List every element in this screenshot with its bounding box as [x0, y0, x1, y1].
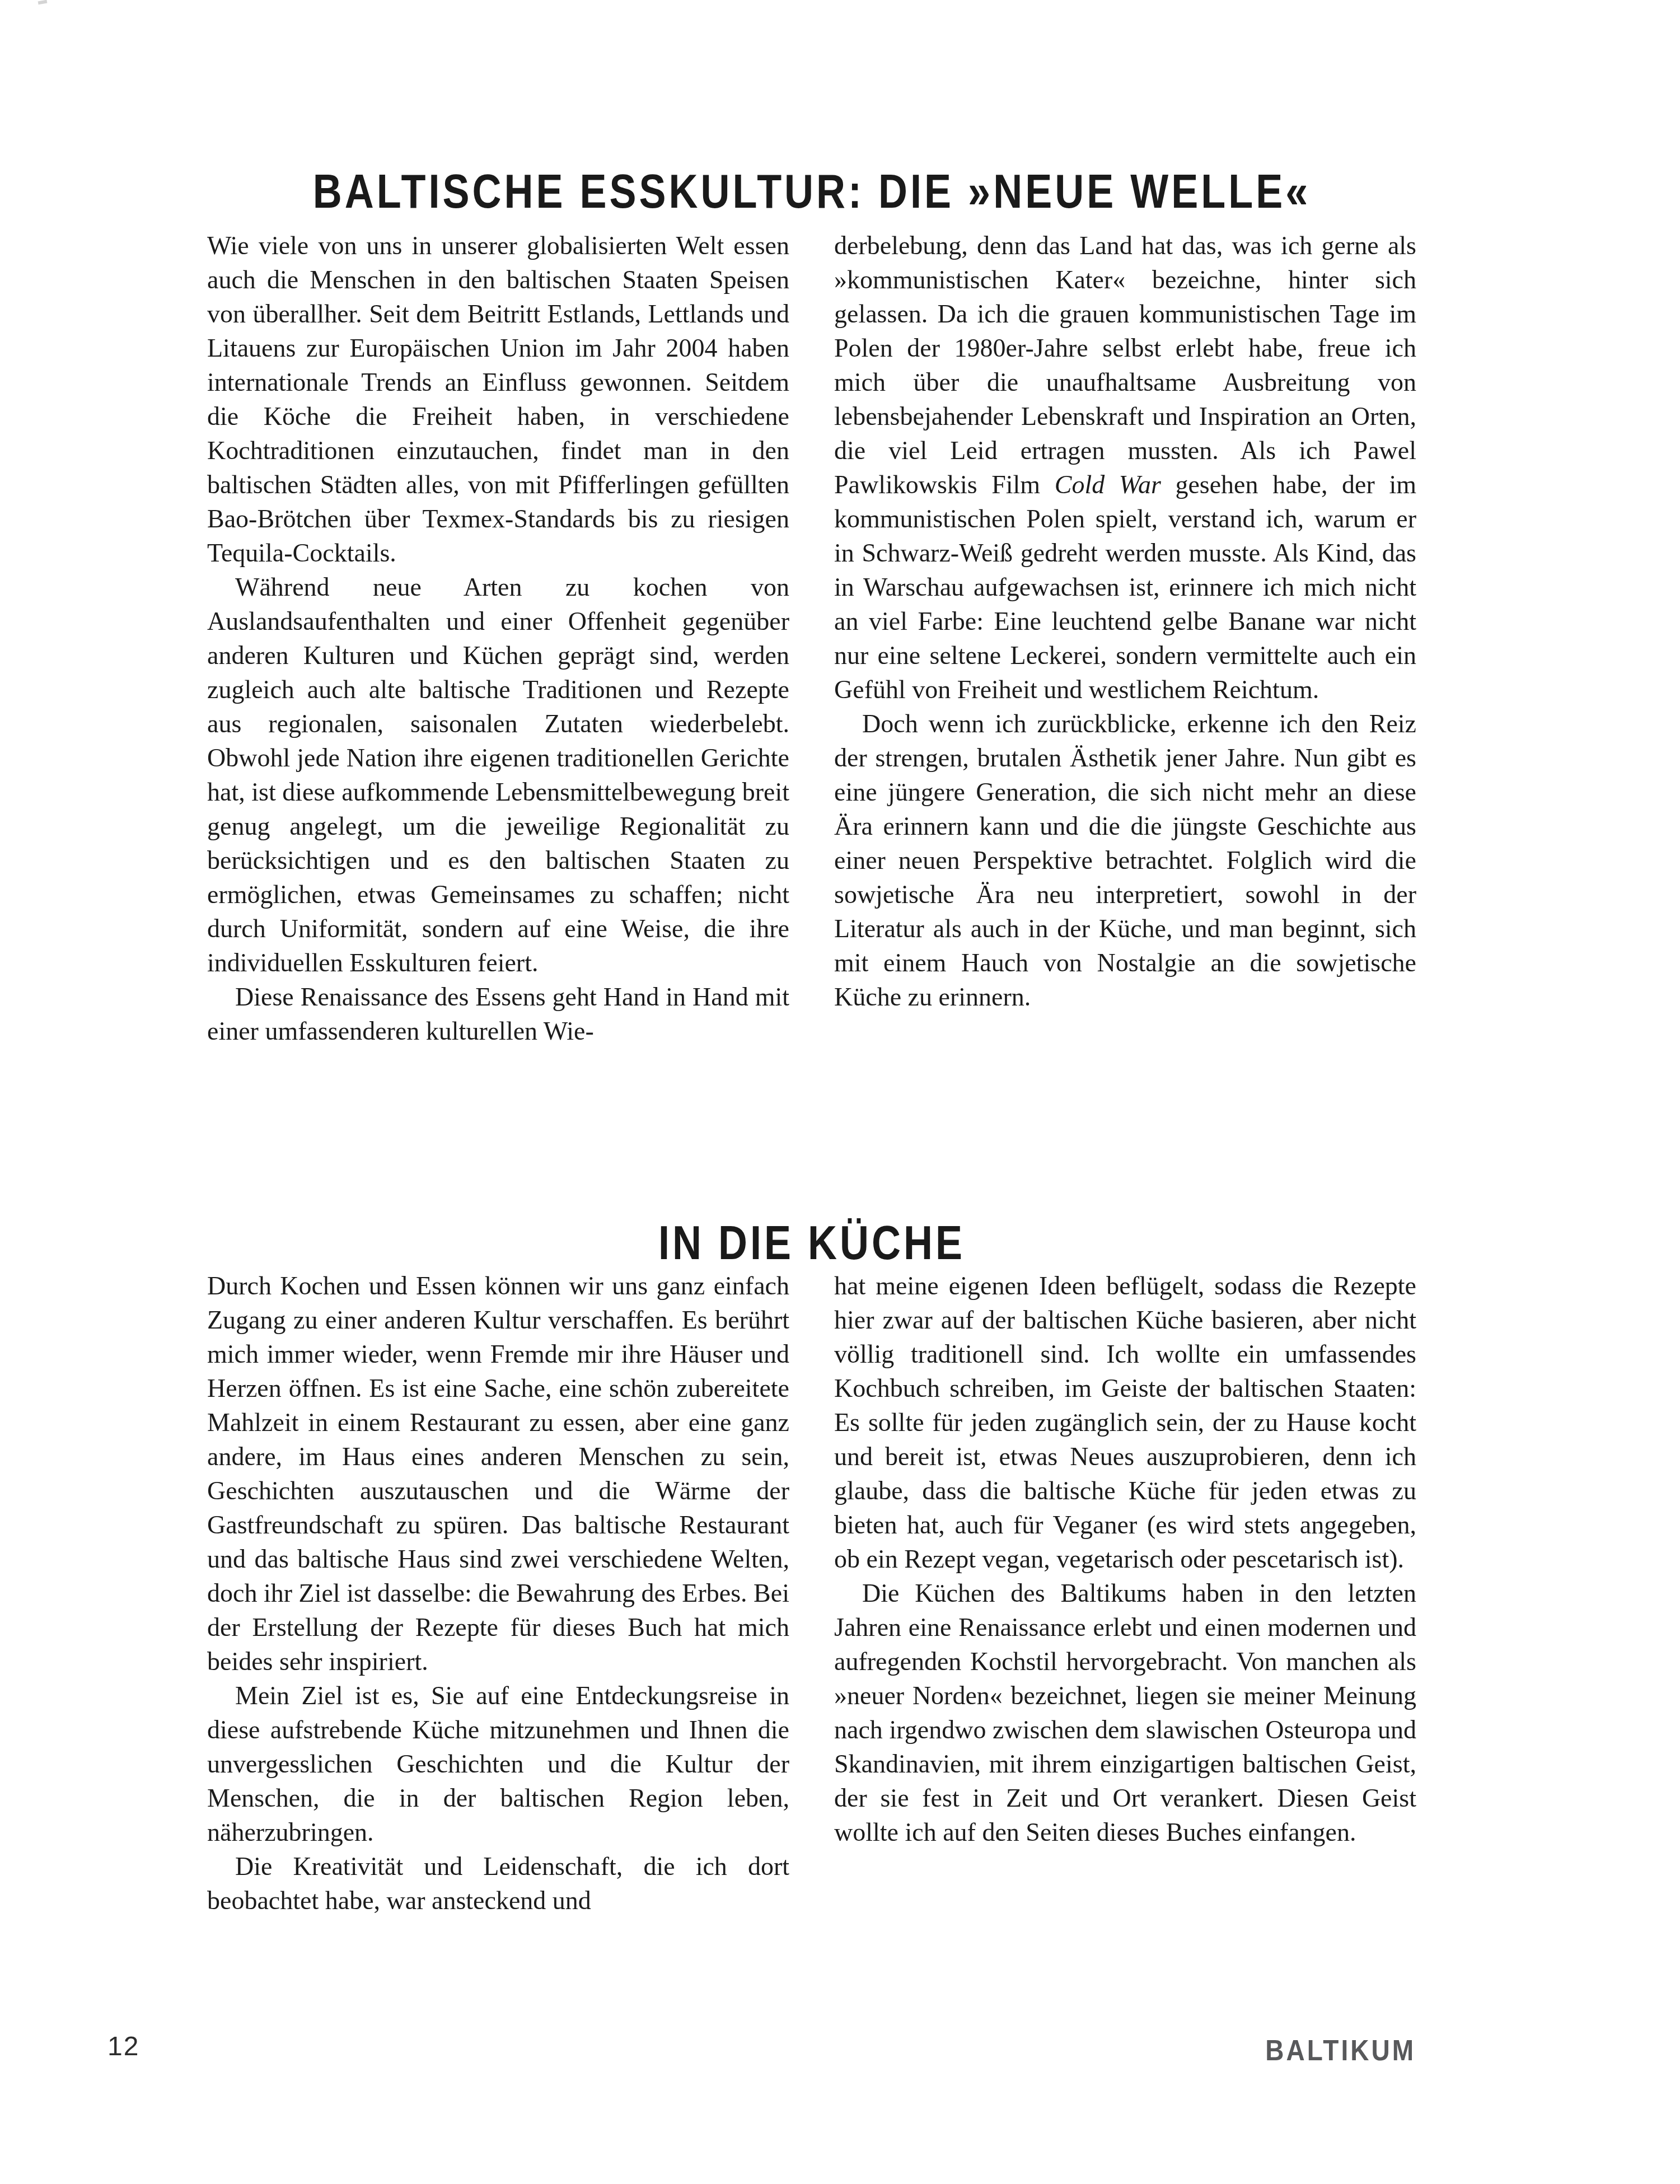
- section-esskultur-columns: Wie viele von uns in unserer globalisier…: [207, 228, 1416, 1048]
- paragraph-text: gesehen habe, der im kommunistischen Pol…: [834, 470, 1416, 704]
- trim-mark: [38, 0, 48, 4]
- paragraph: Wie viele von uns in unserer globalisier…: [207, 228, 789, 570]
- paragraph: Die Küchen des Baltikums haben in den le…: [834, 1576, 1416, 1849]
- paragraph: Mein Ziel ist es, Sie auf eine Entdeckun…: [207, 1678, 789, 1849]
- page-number: 12: [107, 2031, 139, 2062]
- footer-brand-baltikum: BALTIKUM: [1265, 2033, 1416, 2067]
- column-left: Wie viele von uns in unserer globalisier…: [207, 228, 789, 1048]
- column-right: derbelebung, denn das Land hat das, was …: [834, 228, 1416, 1048]
- column-left: Durch Kochen und Essen können wir uns ga…: [207, 1269, 789, 1918]
- book-page: BALTISCHE ESSKULTUR: DIE »NEUE WELLE« Wi…: [0, 0, 1680, 2184]
- paragraph: Diese Renaissance des Essens geht Hand i…: [207, 980, 789, 1048]
- film-title-italic: Cold War: [1055, 470, 1161, 499]
- paragraph-text: derbelebung, denn das Land hat das, was …: [834, 231, 1416, 499]
- paragraph: Die Kreativität und Leidenschaft, die ic…: [207, 1849, 789, 1918]
- paragraph: Während neue Arten zu kochen von Ausland…: [207, 570, 789, 980]
- paragraph: Doch wenn ich zurückblicke, erkenne ich …: [834, 707, 1416, 1014]
- paragraph: Durch Kochen und Essen können wir uns ga…: [207, 1269, 789, 1678]
- column-right: hat meine eigenen Ideen beflügelt, sodas…: [834, 1269, 1416, 1918]
- section-kueche-columns: Durch Kochen und Essen können wir uns ga…: [207, 1269, 1416, 1918]
- paragraph: derbelebung, denn das Land hat das, was …: [834, 228, 1416, 707]
- section-heading-esskultur: BALTISCHE ESSKULTUR: DIE »NEUE WELLE«: [207, 168, 1416, 216]
- paragraph: hat meine eigenen Ideen beflügelt, sodas…: [834, 1269, 1416, 1576]
- section-heading-kueche: IN DIE KÜCHE: [207, 1219, 1416, 1267]
